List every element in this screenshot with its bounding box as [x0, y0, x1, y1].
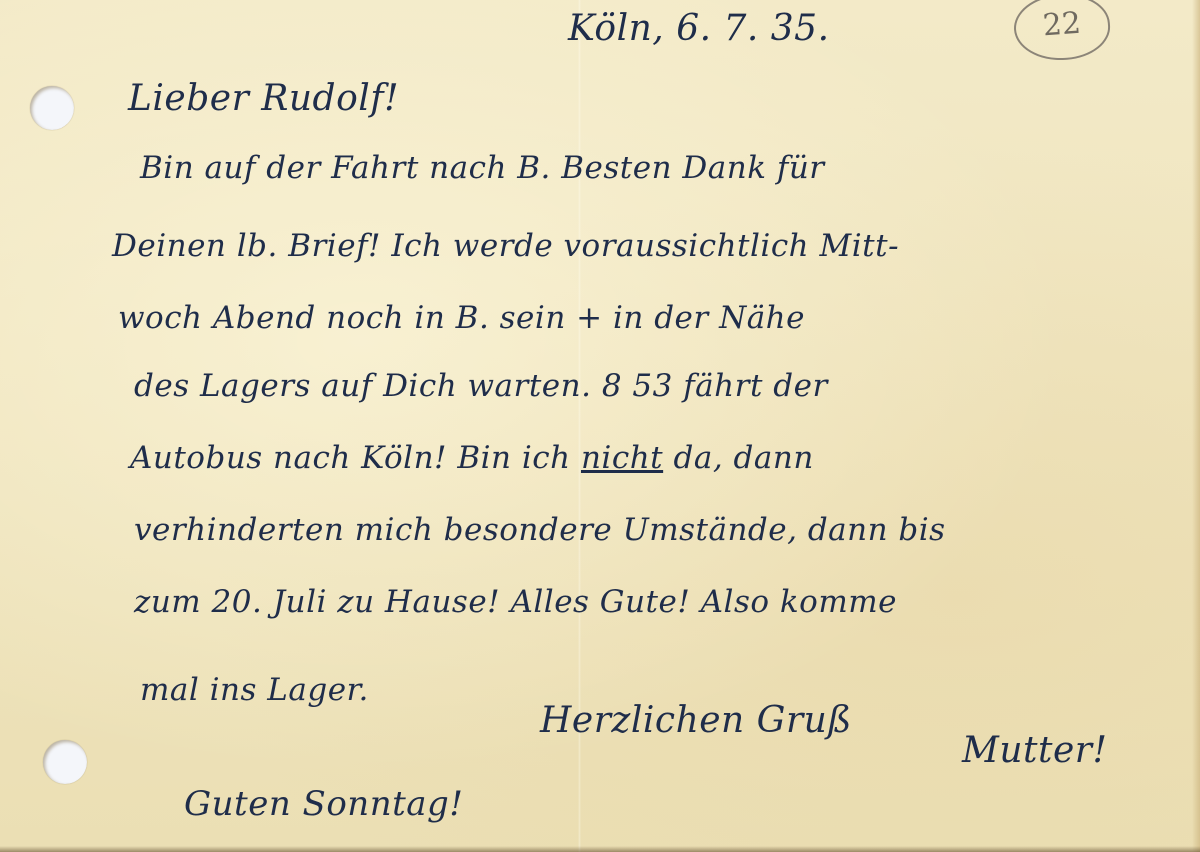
postcard: 22 Köln, 6. 7. 35. Lieber Rudolf! Bin au… — [0, 0, 1200, 852]
body-line-7: zum 20. Juli zu Hause! Alles Gute! Also … — [134, 584, 897, 620]
body-line-2: Deinen lb. Brief! Ich werde voraussichtl… — [112, 228, 899, 264]
body-line-6: verhinderten mich besondere Umstände, da… — [134, 512, 946, 548]
body-line-3: woch Abend noch in B. sein + in der Nähe — [118, 300, 805, 336]
body-line-5: Autobus nach Köln! Bin ich nicht da, dan… — [130, 440, 814, 476]
closing-greeting: Herzlichen Gruß — [540, 700, 852, 741]
body-line-4: des Lagers auf Dich warten. 8 53 fährt d… — [134, 368, 828, 404]
underlined-word: nicht — [581, 440, 663, 476]
body-line-1: Bin auf der Fahrt nach B. Besten Dank fü… — [140, 150, 825, 186]
dateline: Köln, 6. 7. 35. — [568, 8, 830, 49]
signature: Mutter! — [962, 730, 1107, 771]
salutation: Lieber Rudolf! — [128, 78, 399, 119]
punch-hole-bottom — [43, 740, 87, 784]
postscript: Guten Sonntag! — [184, 784, 463, 824]
punch-hole-top — [30, 86, 74, 130]
archive-number-circled: 22 — [1012, 0, 1112, 63]
body-line-8: mal ins Lager. — [140, 672, 369, 708]
paper-edge — [1192, 0, 1200, 852]
